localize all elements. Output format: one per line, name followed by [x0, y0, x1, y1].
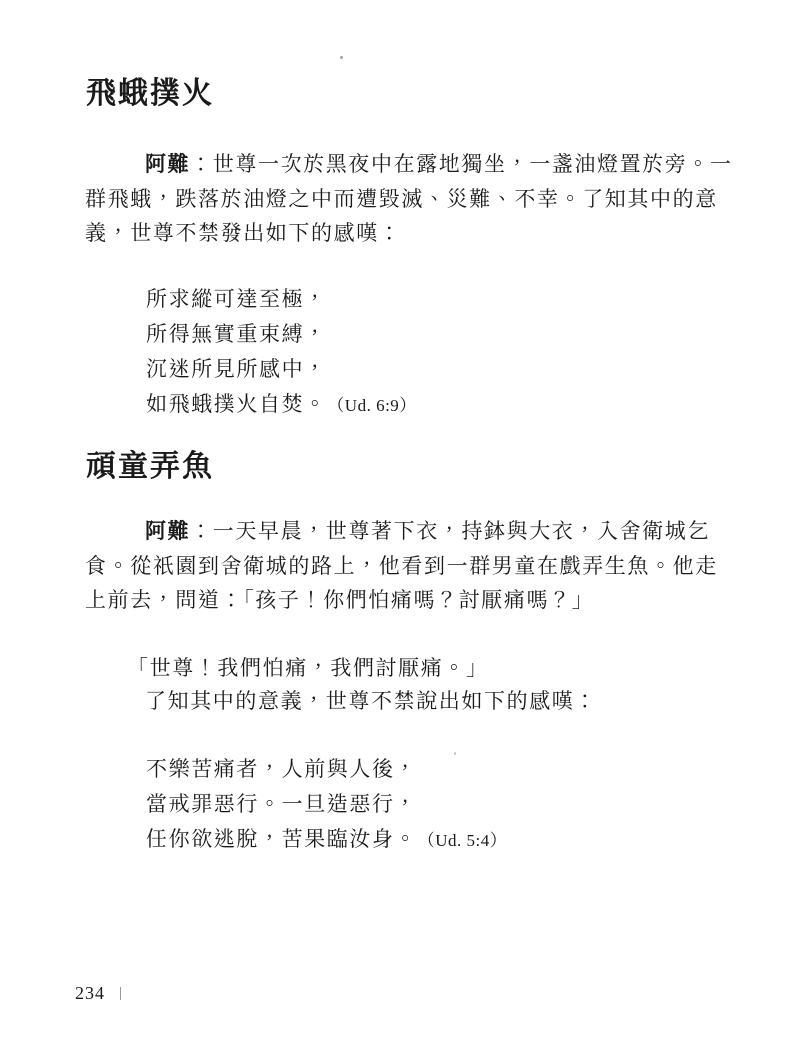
paragraph-text: ：世尊一次於黑夜中在露地獨坐，一盞油燈置於旁。一: [190, 152, 732, 176]
sutta-citation: （Ud. 6:9）: [336, 396, 417, 415]
verse-moth: 所求縱可達至極， 所得無實重束縛， 沉迷所見所感中， 如飛蛾撲火自焚。（Ud. …: [146, 282, 706, 422]
paragraph-line: 義，世尊不禁發出如下的感嘆：: [85, 216, 733, 251]
verse-line: 不樂苦痛者，人前與人後，: [146, 752, 706, 787]
speaker-label: 阿難: [145, 152, 190, 176]
paragraph-line: 群飛蛾，跌落於油燈之中而遭毀滅、災難、不幸。了知其中的意: [85, 182, 733, 217]
paragraph-moth: 阿難：世尊一次於黑夜中在露地獨坐，一盞油燈置於旁。一 群飛蛾，跌落於油燈之中而遭…: [85, 147, 733, 251]
page-number: 234: [75, 983, 105, 1004]
verse-line: 當戒罪惡行。一旦造惡行，: [146, 787, 706, 822]
section-title-moth: 飛蛾撲火: [86, 76, 214, 112]
verse-line: 所得無實重束縛，: [146, 317, 706, 352]
paragraph-line: 阿難：一天早晨，世尊著下衣，持鉢與大衣，入舍衛城乞: [85, 514, 733, 549]
verse-boys: 不樂苦痛者，人前與人後， 當戒罪惡行。一旦造惡行， 任你欲逃脫，苦果臨汝身。（U…: [146, 752, 706, 857]
lead-in-line: 了知其中的意義，世尊不禁說出如下的感嘆：: [85, 685, 733, 718]
paragraph-text: ：一天早晨，世尊著下衣，持鉢與大衣，入舍衛城乞: [190, 519, 710, 543]
paragraph-line: 上前去，問道：「孩子！你們怕痛嗎？討厭痛嗎？」: [85, 583, 733, 618]
verse-line: 任你欲逃脫，苦果臨汝身。（Ud. 5:4）: [146, 822, 706, 857]
book-page: 飛蛾撲火 阿難：世尊一次於黑夜中在露地獨坐，一盞油燈置於旁。一 群飛蛾，跌落於油…: [0, 0, 792, 1056]
verse-text: 任你欲逃脫，苦果臨汝身。: [146, 827, 417, 851]
sutta-citation: （Ud. 5:4）: [426, 831, 507, 850]
dialogue-block: 「世尊！我們怕痛，我們討厭痛。」 了知其中的意義，世尊不禁說出如下的感嘆：: [85, 652, 733, 718]
scan-speck: [340, 56, 343, 59]
speaker-label: 阿難: [145, 519, 190, 543]
page-footer: 234: [75, 983, 121, 1004]
verse-line: 沉迷所見所感中，: [146, 352, 706, 387]
verse-line: 所求縱可達至極，: [146, 282, 706, 317]
verse-text: 如飛蛾撲火自焚。: [146, 392, 327, 416]
page-number-divider: [120, 987, 121, 1000]
paragraph-line: 阿難：世尊一次於黑夜中在露地獨坐，一盞油燈置於旁。一: [85, 147, 733, 182]
paragraph-line: 食。從祇園到舍衛城的路上，他看到一群男童在戲弄生魚。他走: [85, 549, 733, 584]
dialogue-line: 「世尊！我們怕痛，我們討厭痛。」: [85, 652, 733, 685]
section-title-boys: 頑童弄魚: [86, 449, 214, 485]
paragraph-boys: 阿難：一天早晨，世尊著下衣，持鉢與大衣，入舍衛城乞 食。從祇園到舍衛城的路上，他…: [85, 514, 733, 618]
verse-line: 如飛蛾撲火自焚。（Ud. 6:9）: [146, 387, 706, 422]
